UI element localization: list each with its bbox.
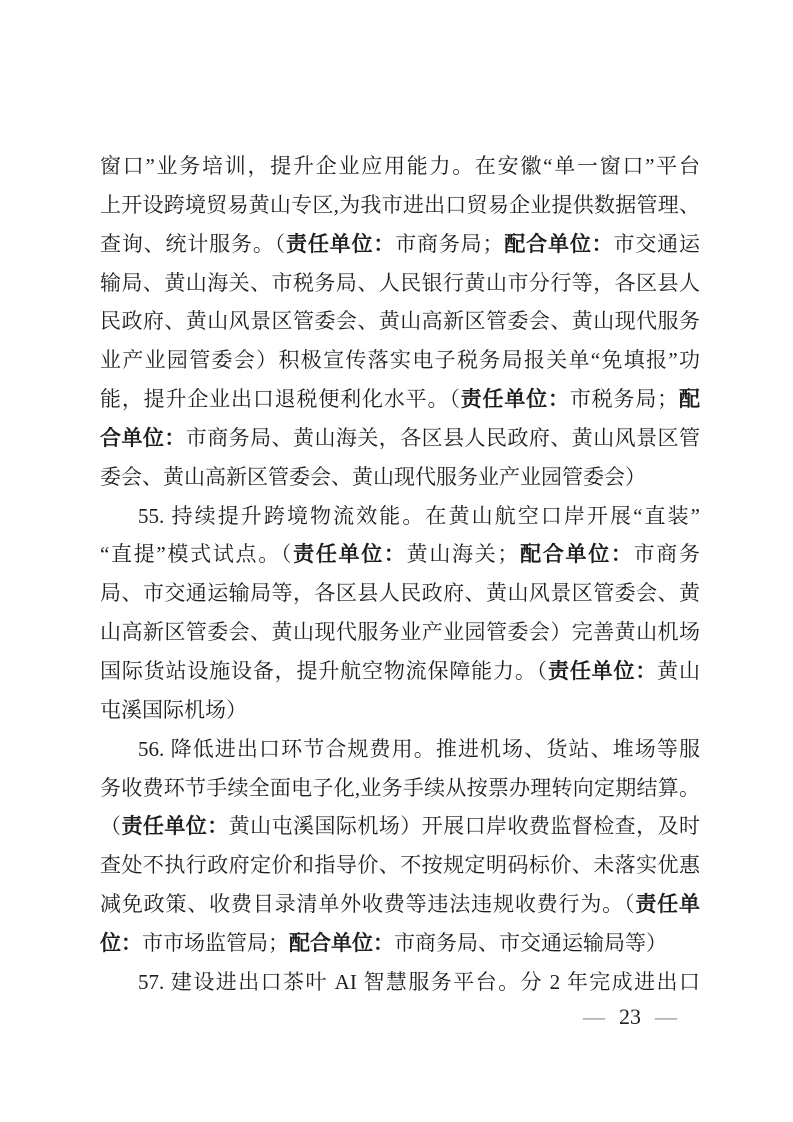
text-run: （ xyxy=(100,814,121,838)
text-run: 56. 降低进出口环节合规费用。推进机场、货站、堆场等服 xyxy=(138,737,700,761)
text-run: 业产业园管委会）积极宣传落实电子税务局报关单“免填报”功 xyxy=(100,348,700,372)
footer-dash-right: — xyxy=(655,1004,677,1030)
bold-text-run: 配合单位： xyxy=(504,232,614,256)
text-run: 国际货站设施设备，提升航空物流保障能力。（ xyxy=(100,659,548,683)
text-run: 市税务局； xyxy=(570,387,678,411)
text-run: 黄山 xyxy=(657,659,700,683)
text-line: 查询、统计服务。（责任单位：市商务局；配合单位：市交通运 xyxy=(100,225,700,264)
text-line: 国际货站设施设备，提升航空物流保障能力。（责任单位：黄山 xyxy=(100,652,700,691)
text-line: （责任单位：黄山屯溪国际机场）开展口岸收费监督检查，及时 xyxy=(100,807,700,846)
text-line: 能，提升企业出口退税便利化水平。（责任单位：市税务局；配 xyxy=(100,380,700,419)
bold-text-run: 配 xyxy=(678,387,700,411)
text-line: 窗口”业务培训，提升企业应用能力。在安徽“单一窗口”平台 xyxy=(100,147,700,186)
text-run: 市商务局； xyxy=(395,232,503,256)
bold-text-run: 合单位： xyxy=(100,426,186,450)
text-run: 市市场监管局； xyxy=(142,931,289,955)
text-line: 减免政策、收费目录清单外收费等违法违规收费行为。（责任单 xyxy=(100,885,700,924)
text-run: 山高新区管委会、黄山现代服务业产业园管委会）完善黄山机场 xyxy=(100,620,700,644)
text-line: 委会、黄山高新区管委会、黄山现代服务业产业园管委会） xyxy=(100,458,700,497)
text-run: 能，提升企业出口退税便利化水平。（ xyxy=(100,387,461,411)
text-line: 56. 降低进出口环节合规费用。推进机场、货站、堆场等服 xyxy=(100,730,700,769)
text-line: 上开设跨境贸易黄山专区,为我市进出口贸易企业提供数据管理、 xyxy=(100,186,700,225)
text-line: 务收费环节手续全面电子化,业务手续从按票办理转向定期结算。 xyxy=(100,769,700,808)
text-run: 上开设跨境贸易黄山专区,为我市进出口贸易企业提供数据管理、 xyxy=(100,193,700,217)
text-line: 民政府、黄山风景区管委会、黄山高新区管委会、黄山现代服务 xyxy=(100,302,700,341)
text-run: 57. 建设进出口茶叶 AI 智慧服务平台。分 2 年完成进出口 xyxy=(138,970,700,994)
bold-text-run: 责任单位： xyxy=(293,542,407,566)
text-run: 民政府、黄山风景区管委会、黄山高新区管委会、黄山现代服务 xyxy=(100,309,700,333)
text-run: 输局、黄山海关、市税务局、人民银行黄山市分行等，各区县人 xyxy=(100,271,700,295)
text-line: “直提”模式试点。（责任单位：黄山海关；配合单位：市商务 xyxy=(100,535,700,574)
text-run: 市商务局、市交通运输局等） xyxy=(394,931,667,955)
text-run: 市商务局、黄山海关，各区县人民政府、黄山风景区管 xyxy=(186,426,700,450)
bold-text-run: 责任单位： xyxy=(548,659,657,683)
text-run: 屯溪国际机场） xyxy=(100,698,247,722)
bold-text-run: 配合单位： xyxy=(289,931,394,955)
bold-text-run: 责任单 xyxy=(635,892,700,916)
text-run: 务收费环节手续全面电子化,业务手续从按票办理转向定期结算。 xyxy=(100,776,700,800)
text-line: 合单位：市商务局、黄山海关，各区县人民政府、黄山风景区管 xyxy=(100,419,700,458)
page-number: 23 xyxy=(619,1004,641,1030)
text-run: 局、市交通运输局等，各区县人民政府、黄山风景区管委会、黄 xyxy=(100,581,700,605)
text-run: 市交通运 xyxy=(614,232,701,256)
text-run: 黄山屯溪国际机场）开展口岸收费监督检查，及时 xyxy=(229,814,700,838)
text-run: 黄山海关； xyxy=(407,542,519,566)
bold-text-run: 位： xyxy=(100,931,142,955)
text-line: 山高新区管委会、黄山现代服务业产业园管委会）完善黄山机场 xyxy=(100,613,700,652)
footer-dash-left: — xyxy=(583,1004,605,1030)
text-run: 市商务 xyxy=(634,542,700,566)
bold-text-run: 责任单位： xyxy=(461,387,570,411)
text-run: 查询、统计服务。（ xyxy=(100,232,286,256)
bold-text-run: 责任单位： xyxy=(286,232,395,256)
text-line: 查处不执行政府定价和指导价、不按规定明码标价、未落实优惠 xyxy=(100,846,700,885)
text-run: “直提”模式试点。（ xyxy=(100,542,293,566)
document-page: 窗口”业务培训，提升企业应用能力。在安徽“单一窗口”平台上开设跨境贸易黄山专区,… xyxy=(0,0,793,1122)
bold-text-run: 责任单位： xyxy=(121,814,228,838)
text-line: 局、市交通运输局等，各区县人民政府、黄山风景区管委会、黄 xyxy=(100,574,700,613)
text-line: 57. 建设进出口茶叶 AI 智慧服务平台。分 2 年完成进出口 xyxy=(100,963,700,1002)
bold-text-run: 配合单位： xyxy=(518,542,633,566)
text-line: 55. 持续提升跨境物流效能。在黄山航空口岸开展“直装” xyxy=(100,497,700,536)
text-block: 窗口”业务培训，提升企业应用能力。在安徽“单一窗口”平台上开设跨境贸易黄山专区,… xyxy=(100,147,700,1002)
text-line: 屯溪国际机场） xyxy=(100,691,700,730)
text-line: 输局、黄山海关、市税务局、人民银行黄山市分行等，各区县人 xyxy=(100,264,700,303)
text-run: 窗口”业务培训，提升企业应用能力。在安徽“单一窗口”平台 xyxy=(100,154,700,178)
text-line: 位：市市场监管局；配合单位：市商务局、市交通运输局等） xyxy=(100,924,700,963)
page-footer: — 23 — xyxy=(583,1004,677,1030)
text-line: 业产业园管委会）积极宣传落实电子税务局报关单“免填报”功 xyxy=(100,341,700,380)
text-run: 查处不执行政府定价和指导价、不按规定明码标价、未落实优惠 xyxy=(100,853,700,877)
text-run: 委会、黄山高新区管委会、黄山现代服务业产业园管委会） xyxy=(100,465,646,489)
text-run: 55. 持续提升跨境物流效能。在黄山航空口岸开展“直装” xyxy=(138,504,700,528)
text-run: 减免政策、收费目录清单外收费等违法违规收费行为。（ xyxy=(100,892,635,916)
